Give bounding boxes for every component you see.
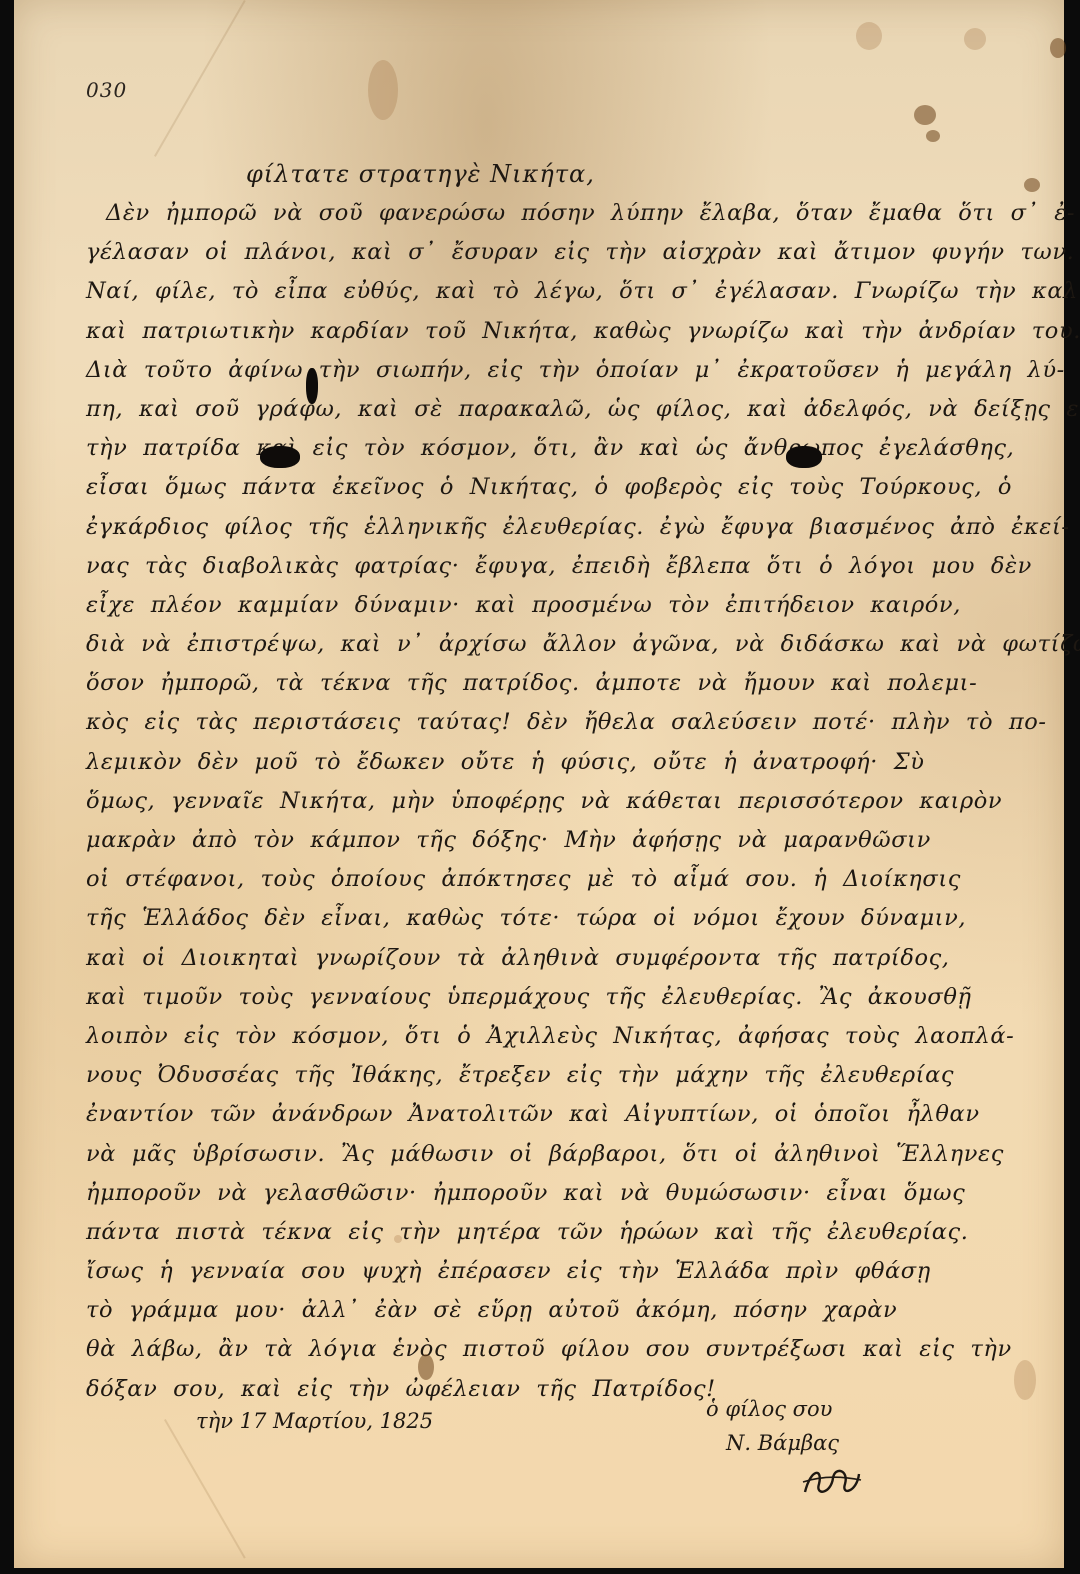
text-line: ὅσον ἠμπορῶ, τὰ τέκνα τῆς πατρίδος. ἀμπο… [86, 664, 1046, 703]
ink-stain [1050, 38, 1066, 58]
water-stain [856, 22, 882, 50]
paper-crease [154, 0, 246, 157]
text-line: νὰ μᾶς ὑβρίσωσιν. Ἂς μάθωσιν οἱ βάρβαροι… [86, 1135, 1046, 1174]
text-line: Ναί, φίλε, τὸ εἶπα εὐθύς, καὶ τὸ λέγω, ὅ… [86, 272, 1046, 311]
folio-number: 030 [86, 78, 127, 102]
ink-stain [914, 105, 936, 125]
text-line: γέλασαν οἱ πλάνοι, καὶ σ᾽ ἔσυραν εἰς τὴν… [86, 233, 1046, 272]
water-stain [368, 60, 398, 120]
text-line: νους Ὀδυσσέας τῆς Ἰθάκης, ἔτρεξεν εἰς τὴ… [86, 1056, 1046, 1095]
ink-stain [926, 130, 940, 142]
manuscript-page: 030 φίλτατε στρατηγὲ Νικήτα, Δὲν ἠμπορῶ … [14, 0, 1064, 1568]
text-line: τὴν πατρίδα καὶ εἰς τὸν κόσμον, ὅτι, ἂν … [86, 429, 1046, 468]
ink-blot [786, 446, 822, 468]
signature-flourish-icon [801, 1464, 863, 1496]
text-line: ἐγκάρδιος φίλος τῆς ἑλληνικῆς ἐλευθερίας… [86, 508, 1046, 547]
text-line: καὶ οἱ Διοικηταὶ γνωρίζουν τὰ ἀληθινὰ συ… [86, 939, 1046, 978]
text-line: ἐναντίον τῶν ἀνάνδρων Ἀνατολιτῶν καὶ Αἰγ… [86, 1095, 1046, 1134]
text-line: εἶχε πλέον καμμίαν δύναμιν· καὶ προσμένω… [86, 586, 1046, 625]
letter-body: φίλτατε στρατηγὲ Νικήτα, Δὲν ἠμπορῶ νὰ σ… [86, 160, 1046, 1529]
text-line: καὶ πατριωτικὴν καρδίαν τοῦ Νικήτα, καθὼ… [86, 312, 1046, 351]
text-line: οἱ στέφανοι, τοὺς ὁποίους ἀπόκτησες μὲ τ… [86, 860, 1046, 899]
text-line: τῆς Ἑλλάδος δὲν εἶναι, καθὼς τότε· τώρα … [86, 899, 1046, 938]
signature: Ν. Βάμβας [726, 1431, 839, 1455]
text-line: νας τὰς διαβολικὰς φατρίας· ἔφυγα, ἐπειδ… [86, 547, 1046, 586]
text-line: πάντα πιστὰ τέκνα εἰς τὴν μητέρα τῶν ἡρώ… [86, 1213, 1046, 1252]
text-line: λεμικὸν δὲν μοῦ τὸ ἔδωκεν οὔτε ἡ φύσις, … [86, 743, 1046, 782]
ink-stain [418, 1354, 434, 1380]
text-line: μακρὰν ἀπὸ τὸν κάμπον τῆς δόξης· Μὴν ἀφή… [86, 821, 1046, 860]
text-line: τὸ γράμμα μου· ἀλλ᾽ ἐὰν σὲ εὕρῃ αὐτοῦ ἀκ… [86, 1291, 1046, 1330]
letter-date: τὴν 17 Μαρτίου, 1825 [196, 1409, 433, 1433]
text-line: θὰ λάβω, ἂν τὰ λόγια ἑνὸς πιστοῦ φίλου σ… [86, 1330, 1046, 1369]
letter-closing: τὴν 17 Μαρτίου, 1825 ὁ φίλος σου Ν. Βάμβ… [86, 1409, 1046, 1529]
signoff: ὁ φίλος σου [706, 1397, 832, 1421]
ink-blot [306, 368, 318, 404]
text-line: διὰ νὰ ἐπιστρέψω, καὶ ν᾽ ἀρχίσω ἄλλον ἀγ… [86, 625, 1046, 664]
text-line: ἠμποροῦν νὰ γελασθῶσιν· ἠμποροῦν καὶ νὰ … [86, 1174, 1046, 1213]
text-line: Δὲν ἠμπορῶ νὰ σοῦ φανερώσω πόσην λύπην ἔ… [86, 194, 1046, 233]
text-line: πη, καὶ σοῦ γράφω, καὶ σὲ παρακαλῶ, ὡς φ… [86, 390, 1046, 429]
text-line: κὸς εἰς τὰς περιστάσεις ταύτας! δὲν ἤθελ… [86, 703, 1046, 742]
ink-blot [260, 446, 300, 468]
text-line: ὅμως, γενναῖε Νικήτα, μὴν ὑποφέρῃς νὰ κά… [86, 782, 1046, 821]
salutation: φίλτατε στρατηγὲ Νικήτα, [246, 160, 1046, 194]
text-line: Διὰ τοῦτο ἀφίνω τὴν σιωπήν, εἰς τὴν ὁποί… [86, 351, 1046, 390]
text-line: δόξαν σου, καὶ εἰς τὴν ὠφέλειαν τῆς Πατρ… [86, 1370, 1046, 1409]
text-line: ἴσως ἡ γενναία σου ψυχὴ ἐπέρασεν εἰς τὴν… [86, 1252, 1046, 1291]
water-stain [964, 28, 986, 50]
text-line: καὶ τιμοῦν τοὺς γενναίους ὑπερμάχους τῆς… [86, 978, 1046, 1017]
text-line: εἶσαι ὅμως πάντα ἐκεῖνος ὁ Νικήτας, ὁ φο… [86, 468, 1046, 507]
text-line: λοιπὸν εἰς τὸν κόσμον, ὅτι ὁ Ἀχιλλεὺς Νι… [86, 1017, 1046, 1056]
